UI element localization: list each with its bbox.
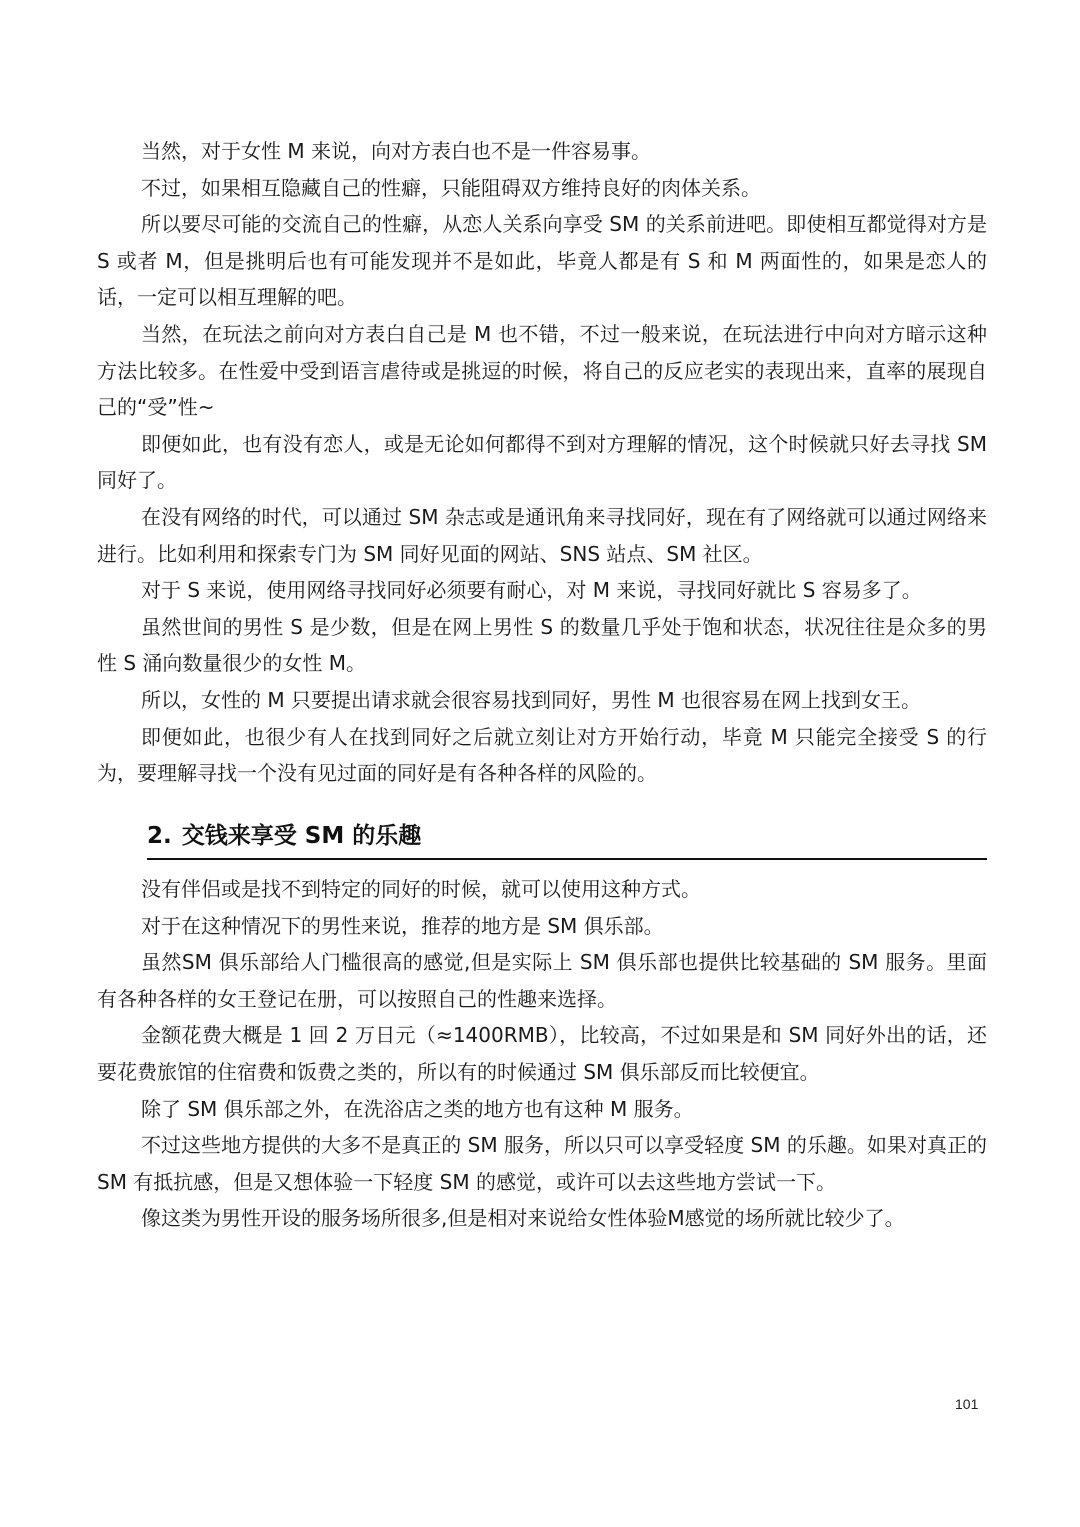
heading-underline-divider — [147, 858, 987, 860]
paragraph: 没有伴侣或是找不到特定的同好的时候，就可以使用这种方式。 — [97, 871, 987, 908]
paragraph: 对于 S 来说，使用网络寻找同好必须要有耐心，对 M 来说，寻找同好就比 S 容… — [97, 572, 987, 609]
page-number: 101 — [955, 1396, 978, 1412]
paragraph: 像这类为男性开设的服务场所很多,但是相对来说给女性体验M感觉的场所就比较少了。 — [97, 1200, 987, 1237]
paragraph: 除了 SM 俱乐部之外，在洗浴店之类的地方也有这种 M 服务。 — [97, 1091, 987, 1128]
paragraph: 所以要尽可能的交流自己的性癖，从恋人关系向享受 SM 的关系前进吧。即使相互都觉… — [97, 206, 987, 316]
section-2-heading: 2.交钱来享受 SM 的乐趣 — [147, 818, 987, 854]
section-1-body: 当然，对于女性 M 来说，向对方表白也不是一件容易事。 不过，如果相互隐藏自己的… — [97, 133, 987, 792]
document-page: 当然，对于女性 M 来说，向对方表白也不是一件容易事。 不过，如果相互隐藏自己的… — [0, 0, 1080, 1527]
paragraph: 即便如此，也很少有人在找到同好之后就立刻让对方开始行动，毕竟 M 只能完全接受 … — [97, 719, 987, 792]
paragraph: 虽然世间的男性 S 是少数，但是在网上男性 S 的数量几乎处于饱和状态，状况往往… — [97, 609, 987, 682]
paragraph: 在没有网络的时代，可以通过 SM 杂志或是通讯角来寻找同好，现在有了网络就可以通… — [97, 499, 987, 572]
paragraph: 当然，在玩法之前向对方表白自己是 M 也不错，不过一般来说，在玩法进行中向对方暗… — [97, 316, 987, 426]
paragraph: 虽然SM 俱乐部给人门槛很高的感觉,但是实际上 SM 俱乐部也提供比较基础的 S… — [97, 944, 987, 1017]
paragraph: 金额花费大概是 1 回 2 万日元（≈1400RMB），比较高，不过如果是和 S… — [97, 1017, 987, 1090]
paragraph: 即便如此，也有没有恋人，或是无论如何都得不到对方理解的情况，这个时候就只好去寻找… — [97, 426, 987, 499]
section-title: 交钱来享受 SM 的乐趣 — [182, 823, 421, 849]
paragraph: 不过这些地方提供的大多不是真正的 SM 服务，所以只可以享受轻度 SM 的乐趣。… — [97, 1127, 987, 1200]
section-heading: 2.交钱来享受 SM 的乐趣 — [147, 818, 987, 854]
section-2-body: 没有伴侣或是找不到特定的同好的时候，就可以使用这种方式。 对于在这种情况下的男性… — [97, 871, 987, 1237]
paragraph: 对于在这种情况下的男性来说，推荐的地方是 SM 俱乐部。 — [97, 908, 987, 945]
paragraph: 当然，对于女性 M 来说，向对方表白也不是一件容易事。 — [97, 133, 987, 170]
section-number: 2. — [147, 823, 172, 849]
paragraph: 所以，女性的 M 只要提出请求就会很容易找到同好，男性 M 也很容易在网上找到女… — [97, 682, 987, 719]
paragraph: 不过，如果相互隐藏自己的性癖，只能阻碍双方维持良好的肉体关系。 — [97, 170, 987, 207]
